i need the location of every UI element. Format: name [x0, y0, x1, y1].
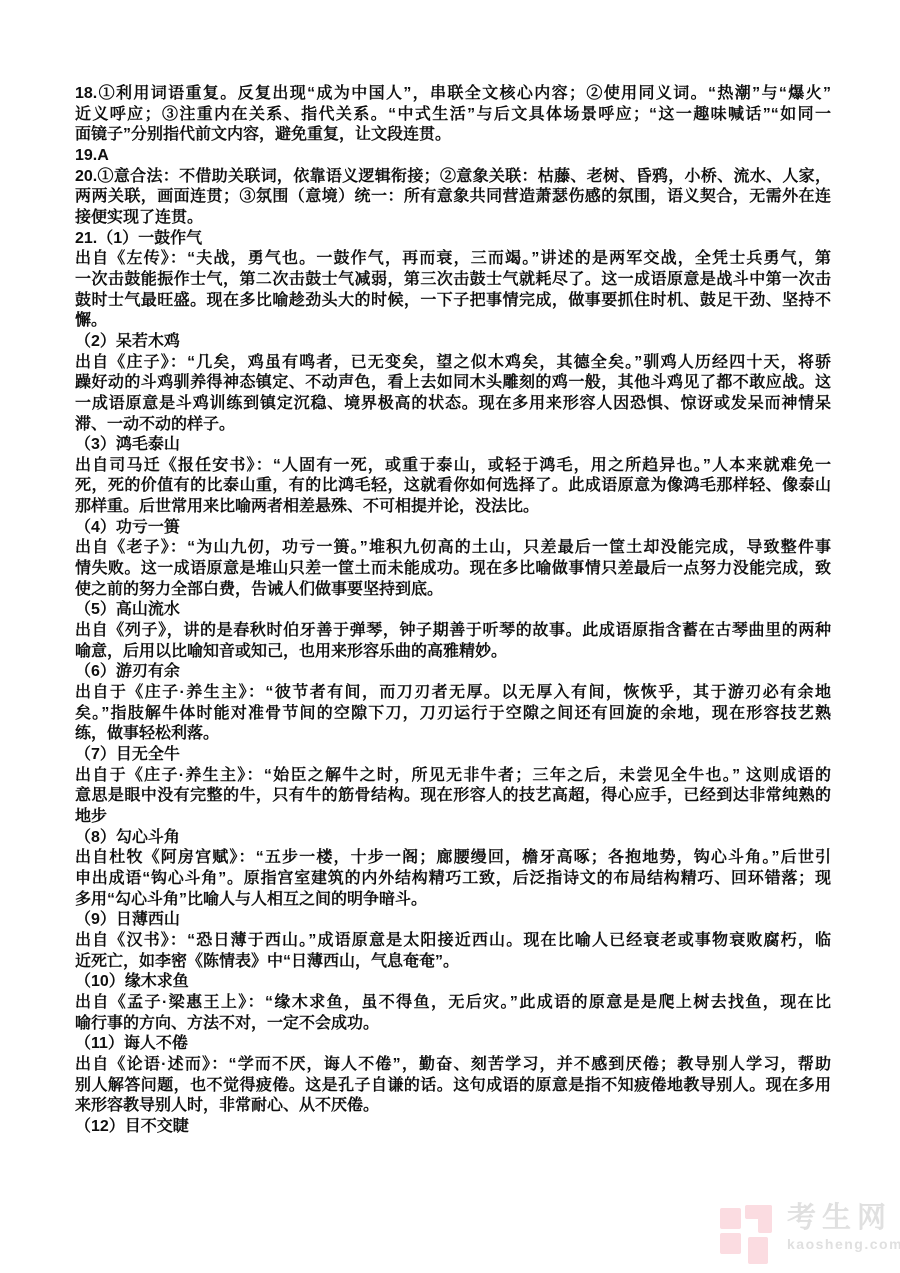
text-line: 近死亡，如李密《陈情表》中“日薄西山，气息奄奄”。 [75, 952, 831, 973]
text-line: 地步 [75, 807, 831, 828]
text-line: 19.A [75, 146, 831, 167]
answer-text-block: 18.①利用词语重复。反复出现“成为中国人”，串联全文核心内容；②使用同义词。“… [75, 84, 831, 1137]
watermark-site-url: kaosheng.com [787, 1236, 900, 1252]
text-line: 出自于《庄子·养生主》：“彼节者有间，而刀刃者无厚。以无厚入有间，恢恢乎，其于游… [75, 683, 831, 704]
text-line: 出自《孟子·梁惠王上》：“缘木求鱼，虽不得鱼，无后灾。”此成语的原意是是爬上树去… [75, 993, 831, 1014]
logo-block-bottom-left [720, 1233, 741, 1254]
text-line: 出自《论语·述而》：“学而不厌，诲人不倦”，勤奋、刻苦学习，并不感到厌倦；教导别… [75, 1055, 831, 1076]
text-line: （7）目无全牛 [75, 745, 831, 766]
text-line: 近义呼应；③注重内在关系、指代关系。“中式生活”与后文具体场景呼应；“这一趣味喊… [75, 105, 831, 126]
text-line: 两两关联，画面连贯；③氛围（意境）统一：所有意象共同营造萧瑟伤感的氛围，语义契合… [75, 187, 831, 208]
text-line: 出自《列子》，讲的是春秋时伯牙善于弹琴，钟子期善于听琴的故事。此成语原指含蓄在古… [75, 621, 831, 642]
text-line: 接便实现了连贯。 [75, 208, 831, 229]
text-line: 鼓时士气最旺盛。现在多比喻趁劲头大的时候，一下子把事情完成，做事要抓住时机、鼓足… [75, 291, 831, 312]
text-line: 来形容教导别人时，非常耐心、从不厌倦。 [75, 1096, 831, 1117]
text-line: 滞、一动不动的样子。 [75, 415, 831, 436]
text-line: （3）鸿毛泰山 [75, 435, 831, 456]
text-line: （9）日薄西山 [75, 910, 831, 931]
text-line: 出自《左传》：“夫战，勇气也。一鼓作气，再而衰，三而竭。”讲述的是两军交战，全凭… [75, 249, 831, 270]
text-line: （11）诲人不倦 [75, 1034, 831, 1055]
logo-block-bottom-right [748, 1237, 768, 1264]
text-line: 一成语原意是斗鸡训练到镇定沉稳、境界极高的状态。现在多用来形容人因恐惧、惊讶或发… [75, 394, 831, 415]
text-line: 喻行事的方向、方法不对，一定不会成功。 [75, 1014, 831, 1035]
text-line: 多用“勾心斗角”比喻人与人相互之间的明争暗斗。 [75, 890, 831, 911]
text-line: 一次击鼓能振作士气，第二次击鼓士气减弱，第三次击鼓士气就耗尽了。这一成语原意是战… [75, 270, 831, 291]
text-line: 躁好动的斗鸡驯养得神态镇定、不动声色，看上去如同木头雕刻的鸡一般，其他斗鸡见了都… [75, 373, 831, 394]
text-line: 懈。 [75, 311, 831, 332]
text-line: 18.①利用词语重复。反复出现“成为中国人”，串联全文核心内容；②使用同义词。“… [75, 84, 831, 105]
text-line: 出自于《庄子·养生主》：“始臣之解牛之时，所见无非牛者；三年之后，未尝见全牛也。… [75, 766, 831, 787]
text-line: 喻意，后用以比喻知音或知己，也用来形容乐曲的高雅精妙。 [75, 642, 831, 663]
text-line: （2）呆若木鸡 [75, 332, 831, 353]
kaosheng-watermark: 考生网 kaosheng.com [712, 1202, 900, 1264]
text-line: （12）目不交睫 [75, 1117, 831, 1138]
text-line: 出自杜牧《阿房宫赋》：“五步一楼，十步一阁；廊腰缦回，檐牙高啄；各抱地势，钩心斗… [75, 848, 831, 869]
text-line: 意思是眼中没有完整的牛，只有牛的筋骨结构。现在形容人的技艺高超，得心应手，已经到… [75, 786, 831, 807]
text-line: 矣。”指肢解牛体时能对准骨节间的空隙下刀，刀刃运行于空隙之间还有回旋的余地，现在… [75, 704, 831, 725]
text-line: （10）缘木求鱼 [75, 972, 831, 993]
watermark-text: 考生网 kaosheng.com [787, 1202, 900, 1252]
text-line: 出自《庄子》：“几矣，鸡虽有鸣者，已无变矣，望之似木鸡矣，其德全矣。”驯鸡人历经… [75, 353, 831, 374]
logo-block-top-left [720, 1208, 741, 1229]
text-line: 出自《老子》：“为山九仞，功亏一篑。”堆积九仞高的土山，只差最后一筐土却没能完成… [75, 538, 831, 559]
text-line: 那样重。后世常用来比喻两者相差悬殊、不可相提并论，没法比。 [75, 497, 831, 518]
logo-block-top-right-vertical [758, 1205, 772, 1233]
text-line: 使之前的努力全部白费，告诫人们做事要坚持到底。 [75, 580, 831, 601]
text-line: 练，做事轻松利落。 [75, 724, 831, 745]
watermark-site-name: 考生网 [787, 1202, 900, 1234]
text-line: 情失败。这一成语原意是堆山只差一筐土而未能成功。现在多比喻做事情只差最后一点努力… [75, 559, 831, 580]
text-line: 申出成语“钩心斗角”。原指宫室建筑的内外结构精巧工致，后泛指诗文的布局结构精巧、… [75, 869, 831, 890]
text-line: 面镜子”分别指代前文内容，避免重复，让文段连贯。 [75, 125, 831, 146]
text-line: 21.（1）一鼓作气 [75, 229, 831, 250]
text-line: 死，死的价值有的比泰山重，有的比鸿毛轻，这就看你如何选择了。此成语原意为像鸿毛那… [75, 476, 831, 497]
text-line: （6）游刃有余 [75, 662, 831, 683]
text-line: 出自司马迁《报任安书》：“人固有一死，或重于泰山，或轻于鸿毛，用之所趋异也。”人… [75, 456, 831, 477]
text-line: （8）勾心斗角 [75, 828, 831, 849]
text-line: （4）功亏一篑 [75, 518, 831, 539]
kaosheng-logo-icon [712, 1202, 774, 1264]
text-line: 别人解答问题，也不觉得疲倦。这是孔子自谦的话。这句成语的原意是指不知疲倦地教导别… [75, 1076, 831, 1097]
text-line: 出自《汉书》：“恐日薄于西山。”成语原意是太阳接近西山。现在比喻人已经衰老或事物… [75, 931, 831, 952]
text-line: 20.①意合法：不借助关联词，依靠语义逻辑衔接；②意象关联：枯藤、老树、昏鸦，小… [75, 167, 831, 188]
text-line: （5）高山流水 [75, 600, 831, 621]
